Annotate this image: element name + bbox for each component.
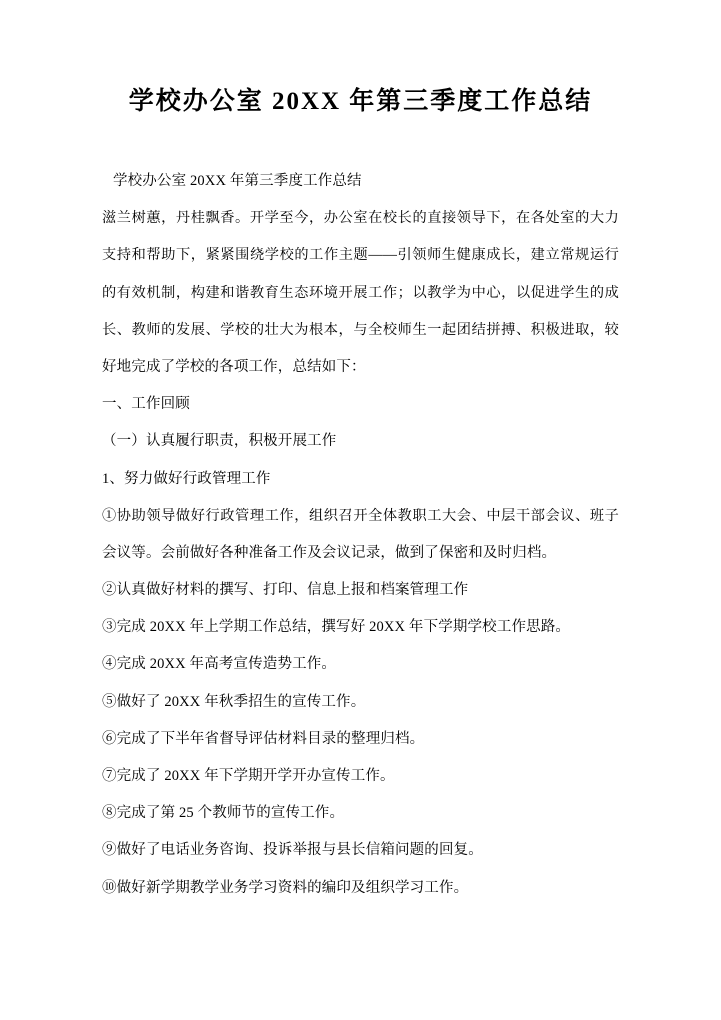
list-item: ⑦完成了 20XX 年下学期开学开办宣传工作。 bbox=[102, 758, 619, 795]
list-item: ⑤做好了 20XX 年秋季招生的宣传工作。 bbox=[102, 684, 619, 721]
list-item: ①协助领导做好行政管理工作，组织召开全体教职工大会、中层干部会议、班子 bbox=[102, 498, 619, 535]
list-item: ②认真做好材料的撰写、打印、信息上报和档案管理工作 bbox=[102, 572, 619, 609]
subsection-heading: （一）认真履行职责，积极开展工作 bbox=[102, 423, 619, 460]
text-line: 滋兰树蕙，丹桂飘香。开学至今，办公室在校长的直接领导下，在各处室的大力 bbox=[102, 200, 619, 237]
document-body: 学校办公室 20XX 年第三季度工作总结 滋兰树蕙，丹桂飘香。开学至今，办公室在… bbox=[102, 163, 619, 907]
list-item: ④完成 20XX 年高考宣传造势工作。 bbox=[102, 646, 619, 683]
document-subtitle: 学校办公室 20XX 年第三季度工作总结 bbox=[102, 163, 619, 200]
text-line: 长、教师的发展、学校的壮大为根本，与全校师生一起团结拼搏、积极进取，较 bbox=[102, 312, 619, 349]
subsection-heading: 1、努力做好行政管理工作 bbox=[102, 461, 619, 498]
text-line: 好地完成了学校的各项工作，总结如下： bbox=[102, 349, 619, 386]
list-item: ⑥完成了下半年省督导评估材料目录的整理归档。 bbox=[102, 721, 619, 758]
document-page: 学校办公室 20XX 年第三季度工作总结 学校办公室 20XX 年第三季度工作总… bbox=[0, 0, 721, 1020]
document-title: 学校办公室 20XX 年第三季度工作总结 bbox=[102, 0, 619, 118]
list-item: ⑧完成了第 25 个教师节的宣传工作。 bbox=[102, 795, 619, 832]
text-line: 会议等。会前做好各种准备工作及会议记录，做到了保密和及时归档。 bbox=[102, 535, 619, 572]
list-item: ③完成 20XX 年上学期工作总结，撰写好 20XX 年下学期学校工作思路。 bbox=[102, 609, 619, 646]
text-line: 支持和帮助下，紧紧围绕学校的工作主题——引领师生健康成长，建立常规运行 bbox=[102, 237, 619, 274]
section-heading: 一、工作回顾 bbox=[102, 386, 619, 423]
list-item: ⑩做好新学期教学业务学习资料的编印及组织学习工作。 bbox=[102, 870, 619, 907]
list-item: ⑨做好了电话业务咨询、投诉举报与县长信箱问题的回复。 bbox=[102, 832, 619, 869]
text-line: 的有效机制，构建和谐教育生态环境开展工作；以教学为中心，以促进学生的成 bbox=[102, 275, 619, 312]
